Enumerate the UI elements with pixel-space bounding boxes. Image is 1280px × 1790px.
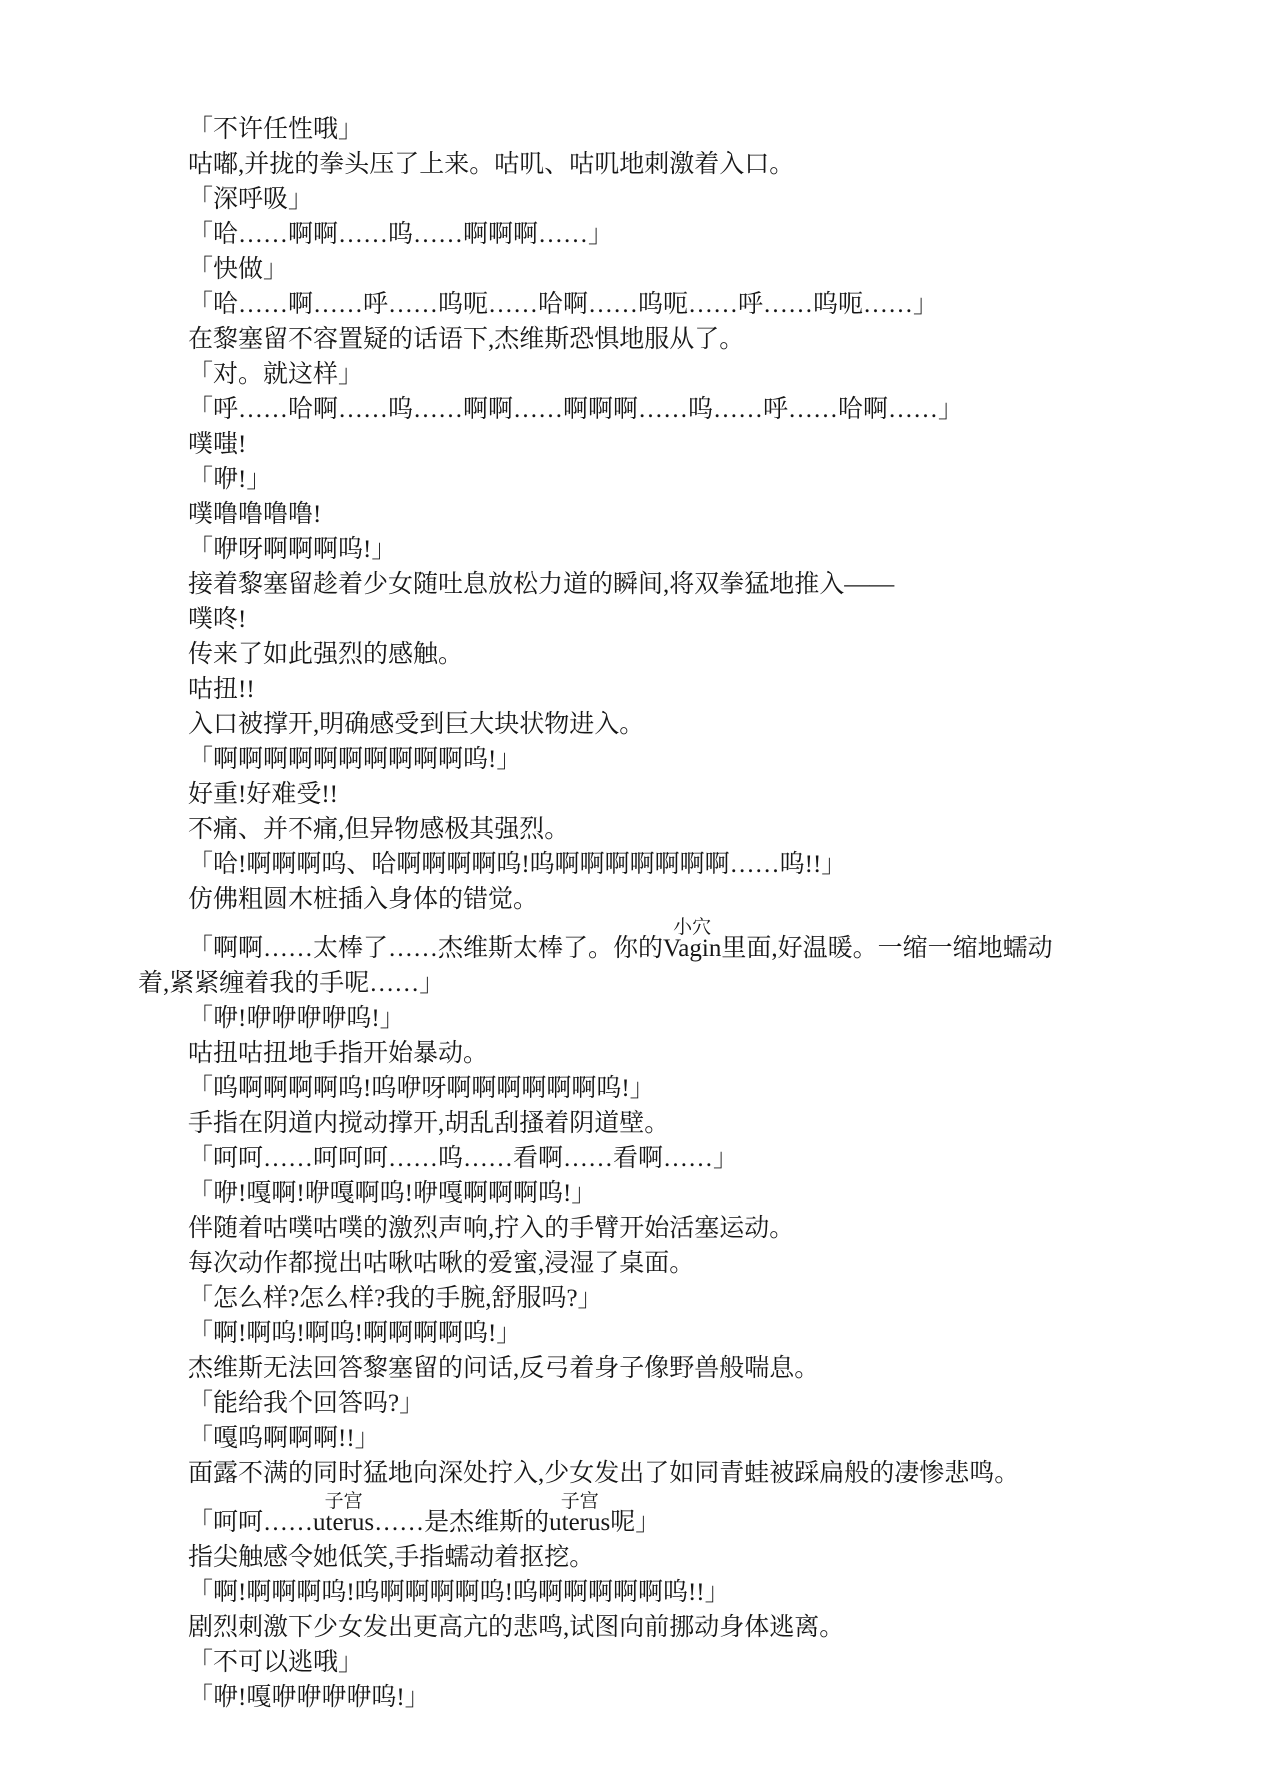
paragraph-narration: 不痛、并不痛,但异物感极其强烈。 xyxy=(138,812,1058,847)
paragraph-dialogue: 「哈……啊啊……呜……啊啊啊……」 xyxy=(138,217,1058,252)
paragraph-narration: 入口被撑开,明确感受到巨大块状物进入。 xyxy=(138,707,1058,742)
paragraph-narration: 指尖触感令她低笑,手指蠕动着抠挖。 xyxy=(138,1540,1058,1575)
paragraph-narration: 仿佛粗圆木桩插入身体的错觉。 xyxy=(138,882,1058,917)
paragraph-dialogue: 「哈!啊啊啊呜、哈啊啊啊啊呜!呜啊啊啊啊啊啊啊……呜!!」 xyxy=(138,847,1058,882)
ruby-gloss: 小穴 xyxy=(663,917,721,938)
novel-page: 「不许任性哦」咕嘟,并拢的拳头压了上来。咕叽、咕叽地刺激着入口。「深呼吸」「哈…… xyxy=(0,0,1280,1790)
paragraph-dialogue: 「呼……哈啊……呜……啊啊……啊啊啊……呜……呼……哈啊……」 xyxy=(138,392,1058,427)
paragraph-narration: 伴随着咕噗咕噗的激烈声响,拧入的手臂开始活塞运动。 xyxy=(138,1211,1058,1246)
paragraph-dialogue: 「深呼吸」 xyxy=(138,182,1058,217)
paragraph-narration: 在黎塞留不容置疑的话语下,杰维斯恐惧地服从了。 xyxy=(138,322,1058,357)
page-text: 「不许任性哦」咕嘟,并拢的拳头压了上来。咕叽、咕叽地刺激着入口。「深呼吸」「哈…… xyxy=(138,112,1058,1715)
paragraph-dialogue: 「啊!啊呜!啊呜!啊啊啊啊呜!」 xyxy=(138,1316,1058,1351)
paragraph-dialogue: 「咿!嘎咿咿咿咿呜!」 xyxy=(138,1680,1058,1715)
paragraph-dialogue: 「啊啊啊啊啊啊啊啊啊啊呜!」 xyxy=(138,742,1058,777)
paragraph-dialogue: 「不许任性哦」 xyxy=(138,112,1058,147)
paragraph-dialogue: 「呵呵……uterus子宫……是杰维斯的uterus子宫呢」 xyxy=(138,1491,1058,1540)
ruby-gloss: 子宫 xyxy=(549,1491,610,1512)
ruby-annotated-word: uterus子宫 xyxy=(549,1509,610,1536)
paragraph-narration: 好重!好难受!! xyxy=(138,777,1058,812)
paragraph-dialogue: 「啊!啊啊啊呜!呜啊啊啊啊呜!呜啊啊啊啊啊呜!!」 xyxy=(138,1575,1058,1610)
paragraph-narration: 剧烈刺激下少女发出更高亢的悲鸣,试图向前挪动身体逃离。 xyxy=(138,1610,1058,1645)
paragraph-narration: 咕嘟,并拢的拳头压了上来。咕叽、咕叽地刺激着入口。 xyxy=(138,147,1058,182)
paragraph-dialogue: 「呵呵……呵呵呵……呜……看啊……看啊……」 xyxy=(138,1141,1058,1176)
paragraph-dialogue: 「咿呀啊啊啊呜!」 xyxy=(138,532,1058,567)
paragraph-dialogue: 「哈……啊……呼……呜呃……哈啊……呜呃……呼……呜呃……」 xyxy=(138,287,1058,322)
paragraph-dialogue: 「怎么样?怎么样?我的手腕,舒服吗?」 xyxy=(138,1281,1058,1316)
paragraph-narration: 手指在阴道内搅动撑开,胡乱刮搔着阴道壁。 xyxy=(138,1106,1058,1141)
paragraph-narration: 面露不满的同时猛地向深处拧入,少女发出了如同青蛙被踩扁般的凄惨悲鸣。 xyxy=(138,1456,1058,1491)
paragraph-dialogue: 「啊啊……太棒了……杰维斯太棒了。你的Vagin小穴里面,好温暖。一缩一缩地蠕动… xyxy=(138,917,1058,1001)
paragraph-narration: 接着黎塞留趁着少女随吐息放松力道的瞬间,将双拳猛地推入—— xyxy=(138,567,1058,602)
paragraph-dialogue: 「嘎呜啊啊啊!!」 xyxy=(138,1421,1058,1456)
paragraph-dialogue: 「咿!嘎啊!咿嘎啊呜!咿嘎啊啊啊呜!」 xyxy=(138,1176,1058,1211)
paragraph-dialogue: 「快做」 xyxy=(138,252,1058,287)
ruby-annotated-word: uterus子宫 xyxy=(313,1509,374,1536)
paragraph-sfx: 咕扭!! xyxy=(138,672,1058,707)
paragraph-sfx: 噗咚! xyxy=(138,602,1058,637)
paragraph-dialogue: 「呜啊啊啊啊呜!呜咿呀啊啊啊啊啊啊呜!」 xyxy=(138,1071,1058,1106)
paragraph-narration: 传来了如此强烈的感触。 xyxy=(138,637,1058,672)
paragraph-narration: 杰维斯无法回答黎塞留的问话,反弓着身子像野兽般喘息。 xyxy=(138,1351,1058,1386)
paragraph-narration: 咕扭咕扭地手指开始暴动。 xyxy=(138,1036,1058,1071)
paragraph-dialogue: 「咿!咿咿咿咿呜!」 xyxy=(138,1001,1058,1036)
paragraph-dialogue: 「不可以逃哦」 xyxy=(138,1645,1058,1680)
ruby-gloss: 子宫 xyxy=(313,1491,374,1512)
paragraph-sfx: 噗噜噜噜噜! xyxy=(138,497,1058,532)
paragraph-sfx: 噗嗤! xyxy=(138,427,1058,462)
paragraph-dialogue: 「对。就这样」 xyxy=(138,357,1058,392)
paragraph-narration: 每次动作都搅出咕啾咕啾的爱蜜,浸湿了桌面。 xyxy=(138,1246,1058,1281)
ruby-annotated-word: Vagin小穴 xyxy=(663,935,721,962)
paragraph-dialogue: 「咿!」 xyxy=(138,462,1058,497)
paragraph-dialogue: 「能给我个回答吗?」 xyxy=(138,1386,1058,1421)
